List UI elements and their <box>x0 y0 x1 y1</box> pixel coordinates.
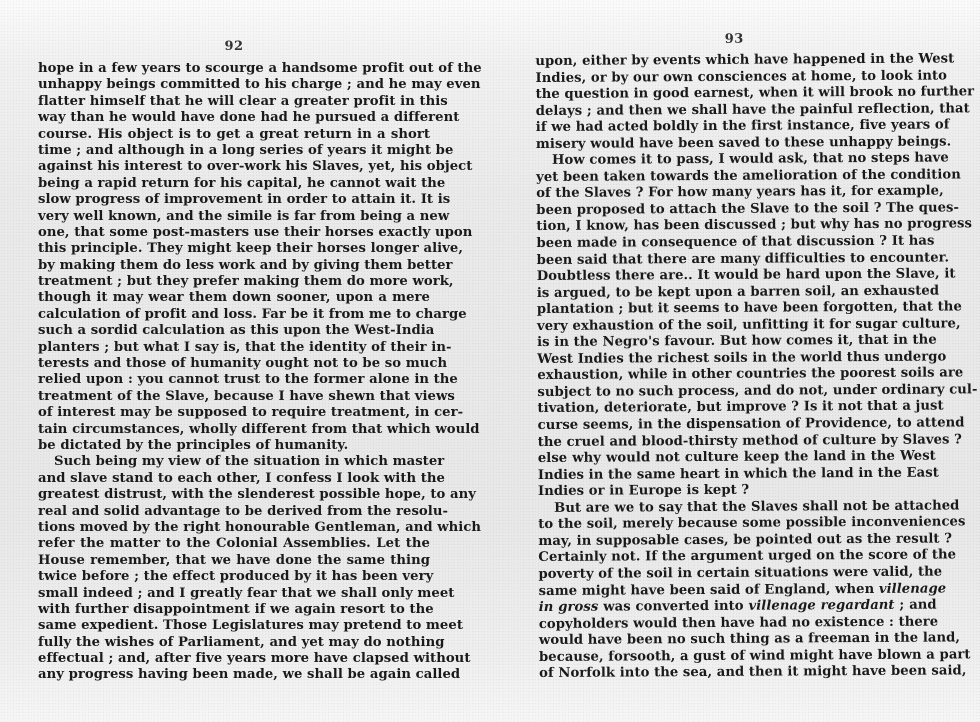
text-line: be dictated by the principles of humanit… <box>38 438 430 454</box>
text-line: and slave stand to each other, I confess… <box>38 471 430 487</box>
text-line: small indeed ; and I greatly fear that w… <box>38 586 430 602</box>
text-line: of interest may be supposed to require t… <box>38 405 430 421</box>
text-line: any progress having been made, we shall … <box>38 667 430 683</box>
text-line: slow progress of improvement in order to… <box>38 192 430 208</box>
text-line: poverty of the soil in certain situation… <box>538 565 936 584</box>
text-line: such a sordid calculation as this upon t… <box>38 323 430 339</box>
text-line: real and solid advantage to be derived f… <box>38 504 430 520</box>
text-line: upon, either by events which have happen… <box>535 52 933 71</box>
text-line: curse seems, in the dispensation of Prov… <box>538 416 936 435</box>
text-line: relied upon : you cannot trust to the fo… <box>38 372 430 388</box>
text-line: way than he would have done had he pursu… <box>38 110 430 126</box>
text-line: been made in consequence of that discuss… <box>536 234 934 253</box>
text-line: plantation ; but it seems to have been f… <box>537 300 935 319</box>
text-line: House remember, that we have done the sa… <box>38 553 430 569</box>
text-line: greatest distrust, with the slenderest p… <box>38 487 430 503</box>
text-line: refer the matter to the Colonial Assembl… <box>38 536 430 552</box>
text-line: by making them do less work and by givin… <box>38 258 430 274</box>
text-line: calculation of profit and loss. Far be i… <box>38 307 430 323</box>
text-line: though it may wear them down sooner, upo… <box>38 290 430 306</box>
text-line: else why would not culture keep the land… <box>538 449 936 468</box>
page-body: upon, either by events which have happen… <box>535 52 937 683</box>
text-line: unhappy beings committed to his charge ;… <box>38 77 430 93</box>
text-line: tain circumstances, wholly different fro… <box>38 422 430 438</box>
text-line: course. His object is to get a great ret… <box>38 127 430 143</box>
text-line: twice before ; the effect produced by it… <box>38 569 430 585</box>
text-line: flatter himself that he will clear a gre… <box>38 94 430 110</box>
text-line: in gross was converted into villenage re… <box>539 598 937 617</box>
text-line: one, that some post-masters use their ho… <box>38 225 430 241</box>
text-line: Such being my view of the situation in w… <box>38 454 430 470</box>
text-line: terests and those of humanity ought not … <box>38 356 430 372</box>
text-line: planters ; but what I say is, that the i… <box>38 340 430 356</box>
text-line: time ; and although in a long series of … <box>38 143 430 159</box>
text-line: being a rapid return for his capital, he… <box>38 176 430 192</box>
text-line: Indies in the same heart in which the la… <box>538 465 936 484</box>
text-line: tions moved by the right honourable Gent… <box>38 520 430 536</box>
text-line: this principle. They might keep their ho… <box>38 241 430 257</box>
text-line: hope in a few years to scourge a handsom… <box>38 61 430 77</box>
text-line: fully the wishes of Parliament, and yet … <box>38 635 430 651</box>
text-line: against his interest to over-work his Sl… <box>38 159 430 175</box>
text-line: very well known, and the simile is far f… <box>38 209 430 225</box>
text-line: effectual ; and, after five years more h… <box>38 651 430 667</box>
text-line: the question in good earnest, when it wi… <box>536 85 934 104</box>
text-line: if we had acted boldly in the first inst… <box>536 118 934 137</box>
page-body: hope in a few years to scourge a handsom… <box>38 61 430 684</box>
text-line: with further disappointment if we again … <box>38 602 430 618</box>
text-line: of Norfolk into the sea, and then it mig… <box>539 664 937 683</box>
text-line: would have been no such thing as a freem… <box>539 631 937 650</box>
page-number: 93 <box>535 31 933 48</box>
text-line: same expedient. Those Legislatures may p… <box>38 618 430 634</box>
text-line: treatment ; but they prefer making them … <box>38 274 430 290</box>
page-number: 92 <box>38 39 430 54</box>
text-line: Doubtless there are.. It would be hard u… <box>537 267 935 286</box>
text-line: treatment of the Slave, because I have s… <box>38 389 430 405</box>
